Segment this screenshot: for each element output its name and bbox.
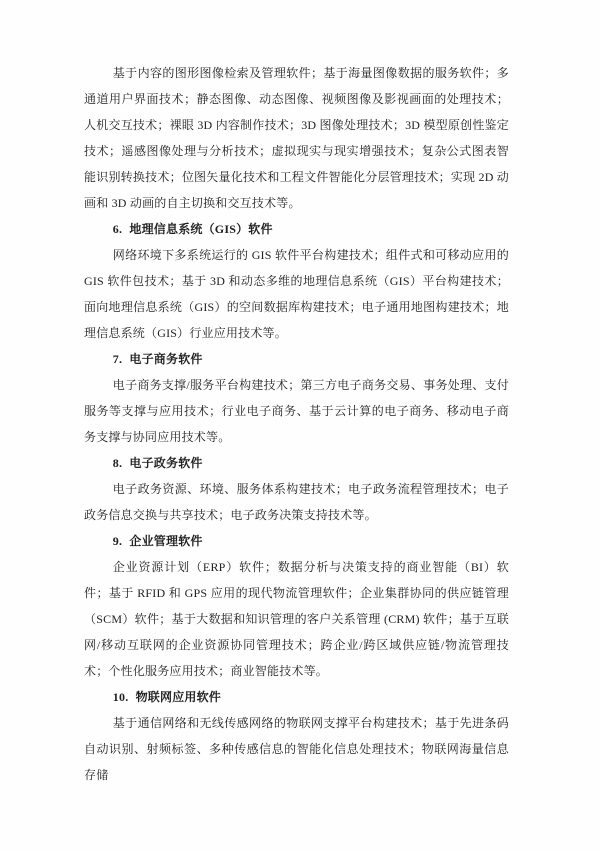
paragraph-egovernment-software-body: 电子政务资源、环境、服务体系构建技术；电子政务流程管理技术；电子政务信息交换与共…	[84, 476, 509, 528]
heading-number: 6.	[113, 222, 122, 236]
heading-title: 电子政务软件	[129, 456, 202, 470]
paragraph-iot-application-software-body: 基于通信网络和无线传感网络的物联网支撑平台构建技术；基于先进条码自动识别、射频标…	[84, 710, 509, 788]
heading-number: 8.	[113, 456, 122, 470]
document-page: 基于内容的图形图像检索及管理软件；基于海量图像数据的服务软件；多通道用户界面技术…	[0, 0, 600, 851]
heading-title: 企业管理软件	[129, 534, 202, 548]
heading-title: 物联网应用软件	[136, 690, 221, 704]
paragraph-enterprise-management-software-body: 企业资源计划（ERP）软件；数据分析与决策支持的商业智能（BI）软件；基于 RF…	[84, 554, 509, 684]
heading-number: 9.	[113, 534, 122, 548]
heading-9-enterprise-management-software: 9.企业管理软件	[84, 528, 509, 554]
heading-10-iot-application-software: 10.物联网应用软件	[84, 684, 509, 710]
heading-7-ecommerce-software: 7.电子商务软件	[84, 346, 509, 372]
heading-number: 10.	[113, 690, 129, 704]
heading-title: 电子商务软件	[129, 352, 202, 366]
heading-number: 7.	[113, 352, 122, 366]
heading-8-egovernment-software: 8.电子政务软件	[84, 450, 509, 476]
heading-6-gis-software: 6.地理信息系统（GIS）软件	[84, 216, 509, 242]
paragraph-graphics-image-software-body: 基于内容的图形图像检索及管理软件；基于海量图像数据的服务软件；多通道用户界面技术…	[84, 60, 509, 216]
paragraph-ecommerce-software-body: 电子商务支撑/服务平台构建技术；第三方电子商务交易、事务处理、支付服务等支撑与应…	[84, 372, 509, 450]
heading-title: 地理信息系统（GIS）软件	[129, 222, 272, 236]
paragraph-gis-software-body: 网络环境下多系统运行的 GIS 软件平台构建技术；组件式和可移动应用的 GIS …	[84, 242, 509, 346]
